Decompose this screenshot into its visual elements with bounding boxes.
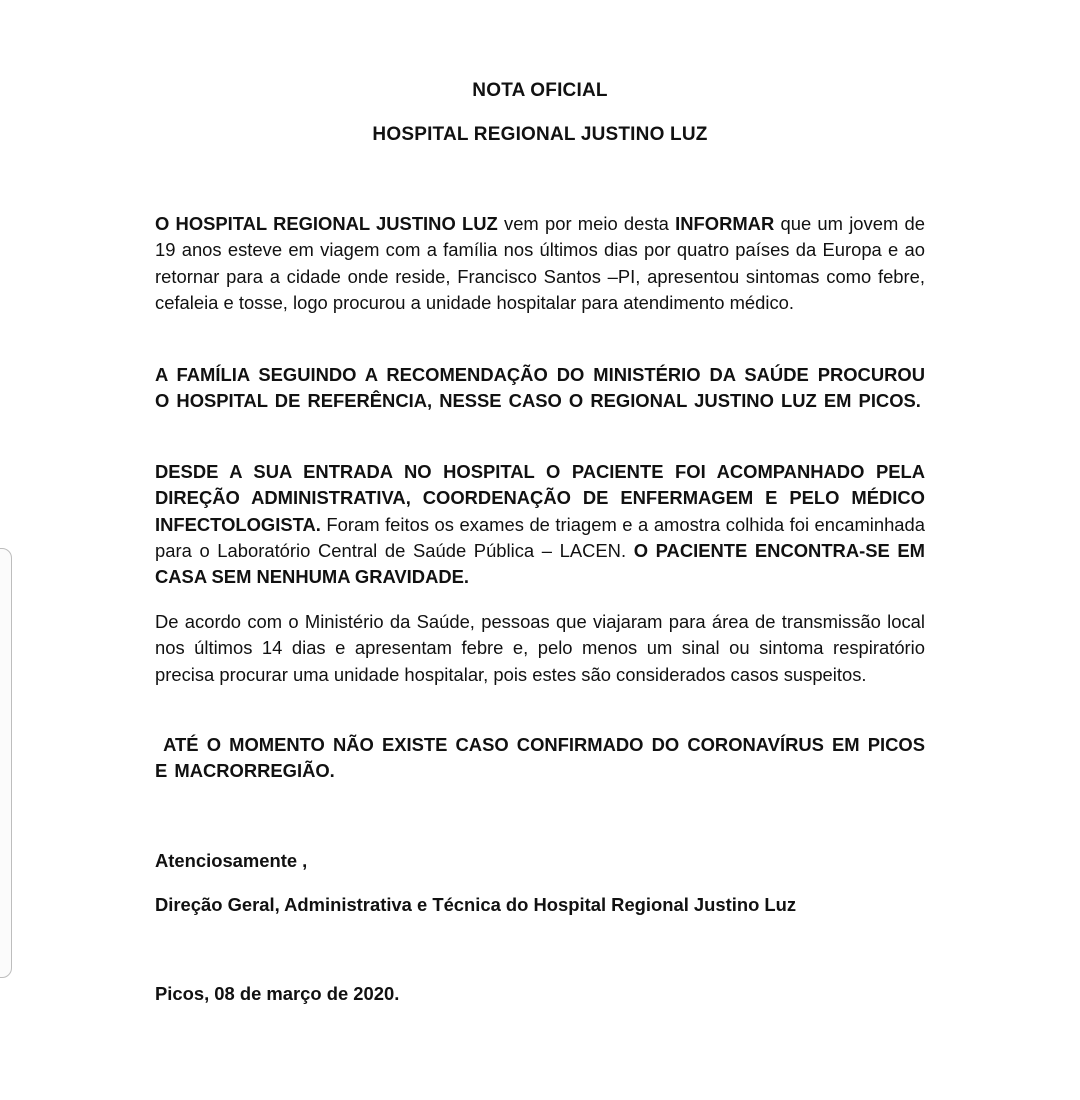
hospital-name-lead: O HOSPITAL REGIONAL JUSTINO LUZ: [155, 213, 498, 234]
document-subtitle: HOSPITAL REGIONAL JUSTINO LUZ: [155, 124, 925, 146]
paragraph-announcement: O HOSPITAL REGIONAL JUSTINO LUZ vem por …: [155, 211, 925, 316]
informar-emphasis: INFORMAR: [675, 213, 774, 234]
closing-salutation: Atenciosamente ,: [155, 850, 307, 872]
paragraph-ministry-guidance: De acordo com o Ministério da Saúde, pes…: [155, 609, 925, 688]
paragraph-patient-care: DESDE A SUA ENTRADA NO HOSPITAL O PACIEN…: [155, 459, 925, 590]
paragraph-family-recommendation: A FAMÍLIA SEGUINDO A RECOMENDAÇÃO DO MIN…: [155, 362, 925, 415]
document-title: NOTA OFICIAL: [155, 80, 925, 102]
side-panel-edge[interactable]: [0, 548, 12, 978]
paragraph1-text-a: vem por meio desta: [498, 213, 675, 234]
place-date: Picos, 08 de março de 2020.: [155, 983, 399, 1005]
signature-line: Direção Geral, Administrativa e Técnica …: [155, 894, 796, 916]
paragraph-no-confirmed-case: ATÉ O MOMENTO NÃO EXISTE CASO CONFIRMADO…: [155, 732, 925, 785]
